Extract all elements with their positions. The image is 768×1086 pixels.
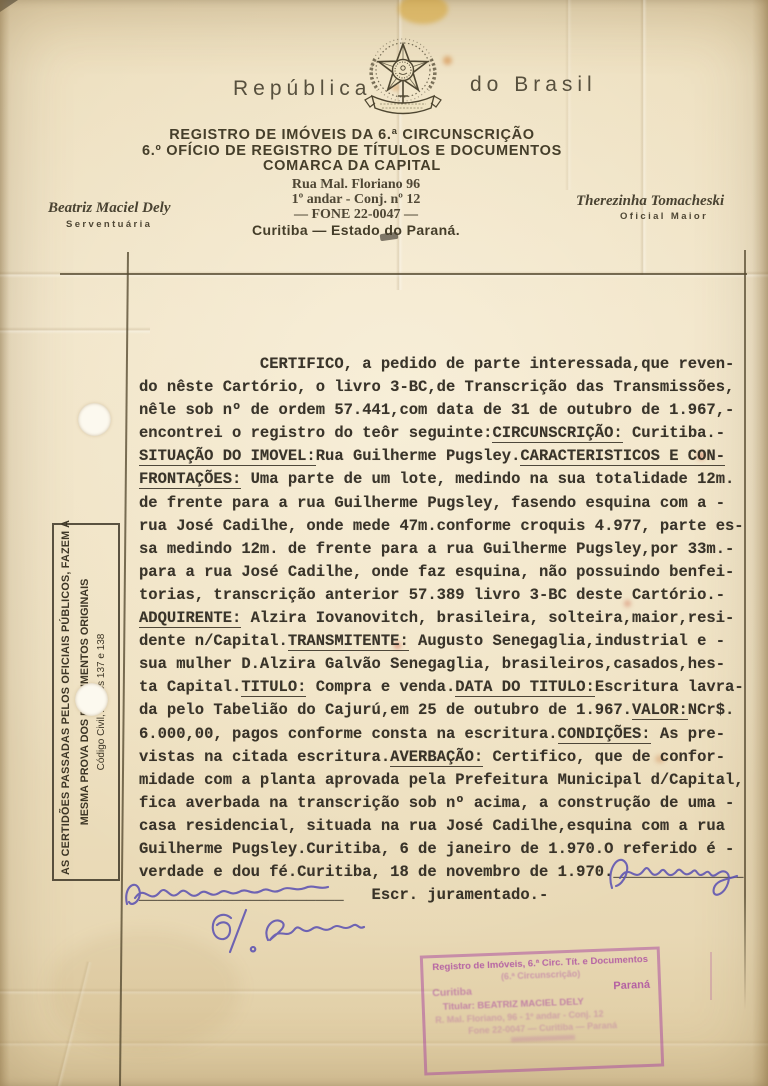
certificate-line: dente n/Capital.TRANSMITENTE: Augusto Se… — [139, 630, 755, 653]
bottom-stamp-smudge — [511, 1035, 575, 1042]
certificate-line: SITUAÇÃO DO IMOVEL:Rua Guilherme Pugsley… — [139, 445, 755, 468]
certificate-line: ADQUIRENTE: Alzira Iovanovitch, brasilei… — [139, 607, 755, 630]
official-left-name: Beatriz Maciel Dely — [48, 200, 170, 217]
certificate-line: encontrei o registro do teôr seguinte:CI… — [139, 422, 755, 445]
office-title: 6.º OFÍCIO DE REGISTRO DE TÍTULOS E DOCU… — [0, 144, 704, 160]
certificate-line: nêle sob nº de ordem 57.441,com data de … — [139, 399, 755, 422]
official-right-name: Therezinha Tomacheski — [576, 193, 724, 210]
address-street: Rua Mal. Floriano 96 — [0, 177, 712, 192]
official-left-title: Serventuária — [66, 219, 152, 230]
certificate-text: CERTIFICO, a pedido de parte interessada… — [139, 353, 755, 907]
republic-title-right: do Brasil — [470, 73, 597, 97]
certificate-line: 6.000,00, pagos conforme consta na escri… — [139, 723, 755, 746]
certificate-line: CERTIFICO, a pedido de parte interessada… — [139, 353, 755, 376]
registry-title: REGISTRO DE IMÓVEIS DA 6.ª CIRCUNSCRIÇÃO — [0, 128, 704, 144]
punch-hole — [78, 403, 111, 436]
bottom-stamp-city: Curitiba — [432, 986, 472, 1000]
certificate-line: rua José Cadilhe, onde mede 47m.conforme… — [139, 515, 755, 538]
certificate-line: do nêste Cartório, o livro 3-BC,de Trans… — [139, 376, 755, 399]
certificate-line: da pelo Tabelião do Cajurú,em 25 de outu… — [139, 699, 755, 722]
bottom-stamp: Registro de Imóveis, 6.ª Circ. Tít. e Do… — [420, 946, 664, 1075]
signature-therezinha — [604, 846, 749, 911]
certificate-line: FRONTAÇÕES: Uma parte de um lote, medind… — [139, 468, 755, 491]
official-right-title: Oficial Maior — [620, 211, 708, 222]
certificate-line: vistas na citada escritura.AVERBAÇÃO: Ce… — [139, 746, 755, 769]
punch-hole — [75, 683, 108, 716]
certificate-line: sa medindo 12m. de frente para a rua Gui… — [139, 538, 755, 561]
certificate-line: casa residencial, situada na rua José Ca… — [139, 815, 755, 838]
stamp-ghost-mark — [710, 952, 712, 1000]
stain — [398, 0, 448, 24]
signature-of-maior — [198, 906, 368, 975]
certificate-line: midade com a planta aprovada pela Prefei… — [139, 769, 755, 792]
bottom-stamp-state: Paraná — [613, 979, 650, 992]
certificate-line: para a rua José Cadilhe, onde faz esquin… — [139, 561, 755, 584]
certificate-line: de frente para a rua Guilherme Pugsley, … — [139, 492, 755, 515]
certificate-line: ta Capital.TITULO: Compra e venda.DATA D… — [139, 676, 755, 699]
certificate-line: fica averbada na transcrição sob nº acim… — [139, 792, 755, 815]
certificate-line: torias, transcrição anterior 57.389 livr… — [139, 584, 755, 607]
comarca-title: COMARCA DA CAPITAL — [0, 159, 704, 175]
stain — [0, 0, 18, 12]
scanned-document-page: República do Brasil REGISTRO DE IMÓVEIS … — [0, 0, 768, 1086]
side-stamp-line: AS CERTIDÕES PASSADAS PELOS OFICIAIS PÚB… — [57, 529, 76, 875]
brazil-coat-of-arms-icon — [348, 32, 458, 122]
frame-top-rule — [60, 273, 747, 275]
certificate-line: sua mulher D.Alzira Galvão Senegaglia, b… — [139, 653, 755, 676]
